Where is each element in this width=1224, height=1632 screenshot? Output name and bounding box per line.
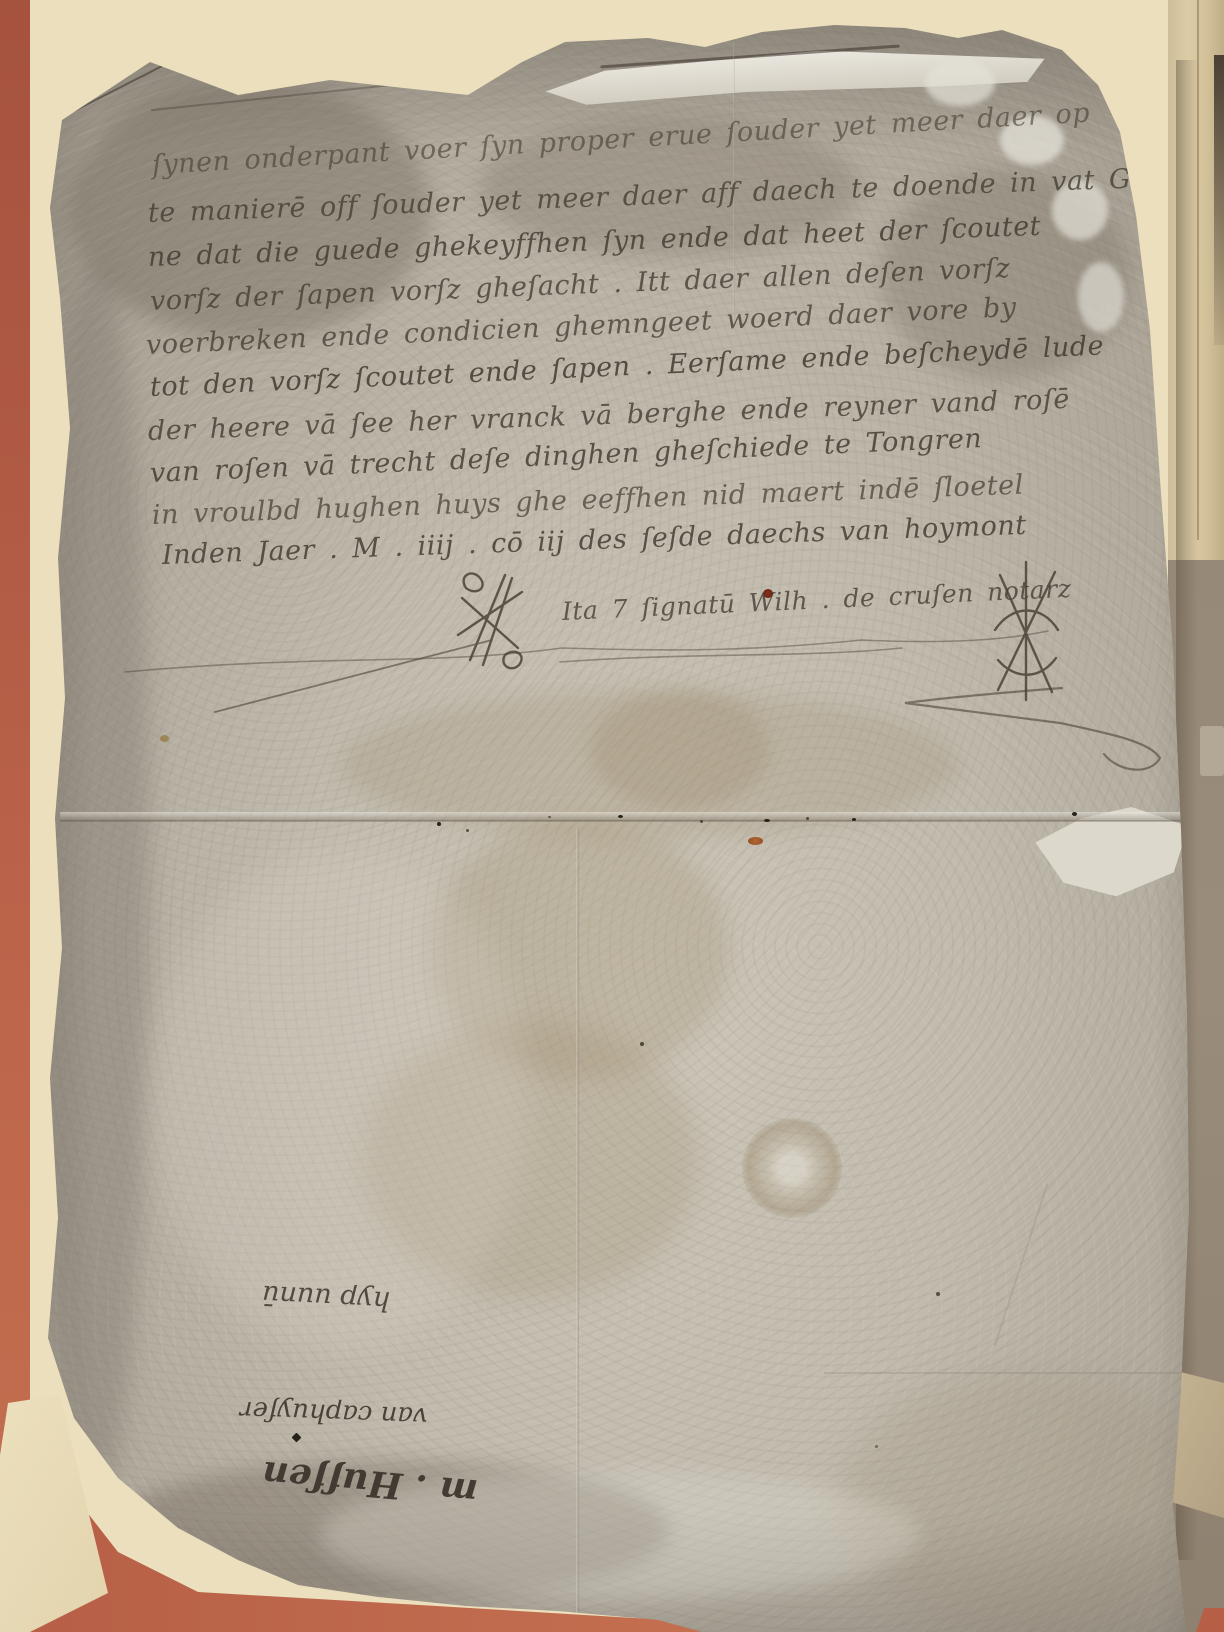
manuscript-page: ſynen onderpant voer ſyn proper erue ſou… [0,0,1224,1632]
gutter-dark-sliver [1214,55,1224,345]
inverted-note-top: hyp uunū [261,1279,391,1317]
signature-underline-flourish [125,631,1048,672]
table-surface-left [0,0,30,1632]
paper-fragment [1200,726,1224,776]
notary-flourishes [0,0,1224,1632]
notary-knot-left [215,573,522,712]
archive-photo-scene: ſynen onderpant voer ſyn proper erue ſou… [0,0,1224,1632]
arrow-paraph [905,688,1160,770]
